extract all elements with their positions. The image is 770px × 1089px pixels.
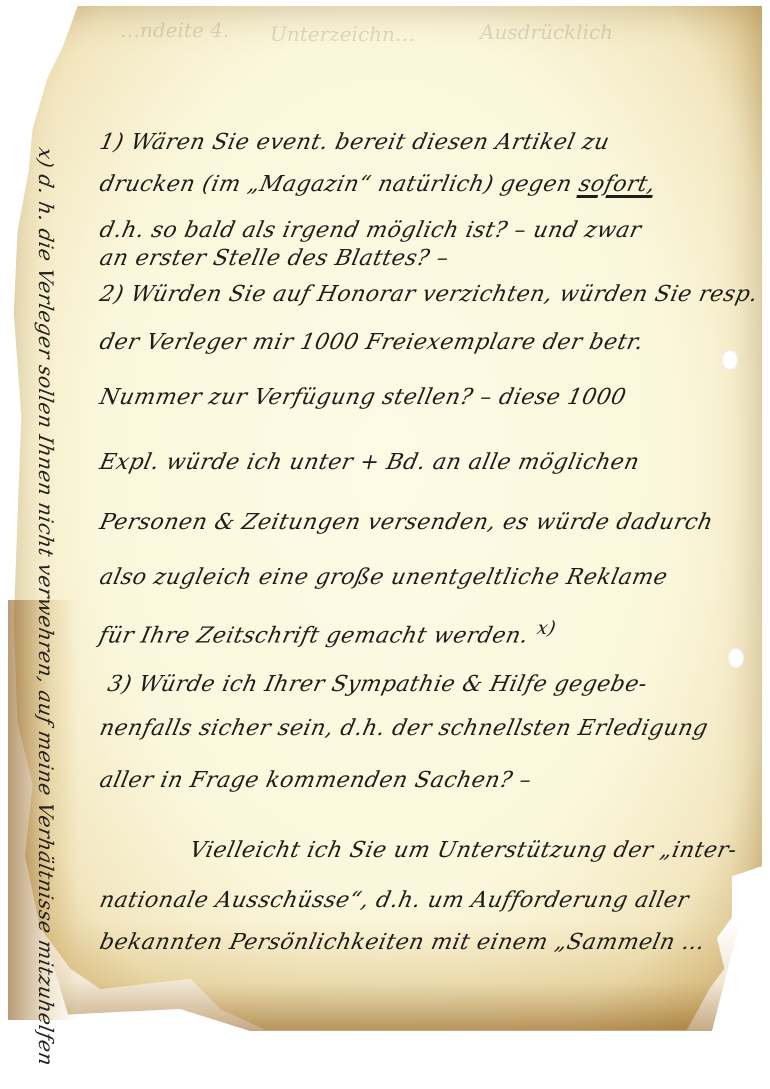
letter-line: der Verleger mir 1000 Freiexemplare der … [97, 330, 645, 355]
letter-line: nenfalls sicher sein, d.h. der schnellst… [97, 716, 710, 741]
letter-line-text: für Ihre Zeitschrift gemacht werden. [97, 623, 531, 648]
punch-hole [722, 350, 738, 370]
letter-line-text: drucken (im „Magazin“ natürlich) gegen [97, 172, 581, 197]
letter-line: 2) Würden Sie auf Honorar verzichten, wü… [97, 282, 760, 307]
letter-line: Personen & Zeitungen versenden, es würde… [97, 510, 715, 535]
letter-line: für Ihre Zeitschrift gemacht werden. x) [97, 618, 558, 648]
letter-line: Expl. würde ich unter + Bd. an alle mögl… [97, 450, 641, 475]
letter-line: drucken (im „Magazin“ natürlich) gegen s… [97, 172, 657, 197]
underlined-word: sofort, [577, 172, 658, 197]
letter-line: Nummer zur Verfügung stellen? – diese 10… [97, 385, 628, 410]
letter-line: d.h. so bald als irgend möglich ist? – u… [97, 218, 643, 243]
letter-line: 1) Wären Sie event. bereit diesen Artike… [97, 130, 612, 155]
letter-line: nationale Ausschüsse“, d.h. um Aufforder… [97, 888, 691, 913]
letter-line: aller in Frage kommenden Sachen? – [97, 768, 534, 793]
letter-line: 3) Würde ich Ihrer Sympathie & Hilfe geg… [105, 672, 649, 697]
letter-line: bekannten Persönlichkeiten mit einem „Sa… [97, 930, 707, 955]
letter-line: also zugleich eine große unentgeltliche … [97, 565, 670, 590]
margin-note-vertical: x) d. h. die Verleger sollen Ihnen nicht… [34, 146, 58, 1010]
punch-hole [728, 648, 744, 668]
letter-line: an erster Stelle des Blattes? – [97, 246, 451, 271]
letter-line: Vielleicht ich Sie um Unterstützung der … [187, 838, 739, 863]
